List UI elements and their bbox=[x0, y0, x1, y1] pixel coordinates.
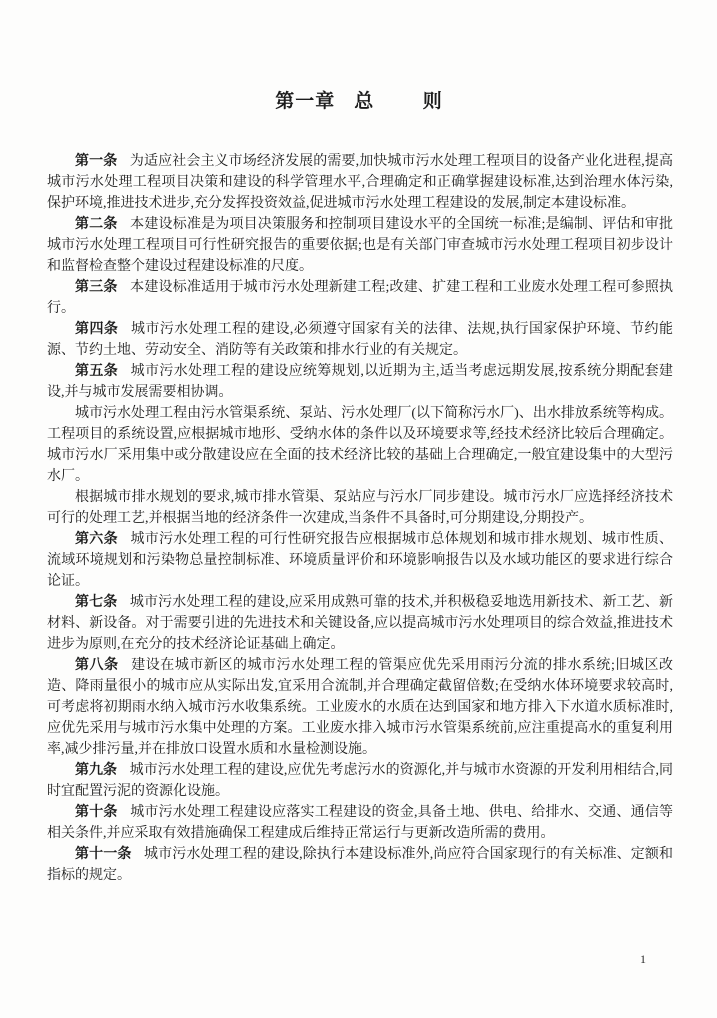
chapter-heading: 第一章总则 bbox=[0, 86, 717, 113]
chapter-title-text: 总则 bbox=[354, 91, 491, 112]
article-8-label: 第八条 bbox=[75, 658, 119, 673]
article-11-text: 城市污水处理工程的建设,除执行本建设标准外,尚应符合国家现行的有关标准、定额和指… bbox=[47, 847, 673, 883]
article-3-paragraph: 第三条本建设标准适用于城市污水处理新建工程;改建、扩建工程和工业废水处理工程可参… bbox=[47, 277, 673, 319]
article-7-text: 城市污水处理工程的建设,应采用成熟可靠的技术,并积极稳妥地选用新技术、新工艺、新… bbox=[47, 595, 673, 652]
article-5-text: 城市污水处理工程的建设应统筹规划,以近期为主,适当考虑远期发展,按系统分期配套建… bbox=[47, 364, 673, 400]
page-number: 1 bbox=[640, 952, 646, 967]
article-6-label: 第六条 bbox=[75, 532, 118, 547]
article-10-text: 城市污水处理工程建设应落实工程建设的资金,具备土地、供电、给排水、交通、通信等相… bbox=[47, 805, 673, 841]
article-10-paragraph: 第十条城市污水处理工程建设应落实工程建设的资金,具备土地、供电、给排水、交通、通… bbox=[47, 802, 673, 844]
article-5-continuation-2-text: 根据城市排水规划的要求,城市排水管渠、泵站应与污水厂同步建设。城市污水厂应选择经… bbox=[47, 490, 673, 526]
article-6-text: 城市污水处理工程的可行性研究报告应根据城市总体规划和城市排水规划、城市性质、流域… bbox=[47, 532, 673, 589]
article-9-paragraph: 第九条城市污水处理工程的建设,应优先考虑污水的资源化,并与城市水资源的开发利用相… bbox=[47, 760, 673, 802]
article-7-label: 第七条 bbox=[75, 595, 117, 610]
article-11-paragraph: 第十一条城市污水处理工程的建设,除执行本建设标准外,尚应符合国家现行的有关标准、… bbox=[47, 844, 673, 886]
article-4-label: 第四条 bbox=[75, 322, 118, 337]
article-3-text: 本建设标准适用于城市污水处理新建工程;改建、扩建工程和工业废水处理工程可参照执行… bbox=[47, 280, 673, 316]
article-5-label: 第五条 bbox=[75, 364, 118, 379]
article-8-text: 建设在城市新区的城市污水处理工程的管渠应优先采用雨污分流的排水系统;旧城区改造、… bbox=[47, 658, 673, 757]
article-1-text: 为适应社会主义市场经济发展的需要,加快城市污水处理工程项目的设备产业化进程,提高… bbox=[47, 154, 673, 211]
article-10-label: 第十条 bbox=[75, 805, 118, 820]
article-5-paragraph: 第五条城市污水处理工程的建设应统筹规划,以近期为主,适当考虑远期发展,按系统分期… bbox=[47, 361, 673, 403]
document-body: 第一条为适应社会主义市场经济发展的需要,加快城市污水处理工程项目的设备产业化进程… bbox=[47, 151, 673, 886]
article-6-paragraph: 第六条城市污水处理工程的可行性研究报告应根据城市总体规划和城市排水规划、城市性质… bbox=[47, 529, 673, 592]
article-1-label: 第一条 bbox=[75, 154, 117, 169]
article-11-label: 第十一条 bbox=[75, 847, 131, 862]
article-9-text: 城市污水处理工程的建设,应优先考虑污水的资源化,并与城市水资源的开发利用相结合,… bbox=[47, 763, 673, 799]
article-5-continuation-1: 城市污水处理工程由污水管渠系统、泵站、污水处理厂(以下简称污水厂)、出水排放系统… bbox=[47, 403, 673, 487]
document-page: 第一章总则 第一条为适应社会主义市场经济发展的需要,加快城市污水处理工程项目的设… bbox=[0, 0, 717, 1018]
article-5-continuation-2: 根据城市排水规划的要求,城市排水管渠、泵站应与污水厂同步建设。城市污水厂应选择经… bbox=[47, 487, 673, 529]
article-5-continuation-1-text: 城市污水处理工程由污水管渠系统、泵站、污水处理厂(以下简称污水厂)、出水排放系统… bbox=[47, 406, 673, 484]
article-4-text: 城市污水处理工程的建设,必须遵守国家有关的法律、法规,执行国家保护环境、节约能源… bbox=[47, 322, 673, 358]
article-2-paragraph: 第二条本建设标准是为项目决策服务和控制项目建设水平的全国统一标准;是编制、评估和… bbox=[47, 214, 673, 277]
article-9-label: 第九条 bbox=[75, 763, 117, 778]
article-3-label: 第三条 bbox=[75, 280, 118, 295]
article-1-paragraph: 第一条为适应社会主义市场经济发展的需要,加快城市污水处理工程项目的设备产业化进程… bbox=[47, 151, 673, 214]
article-8-paragraph: 第八条建设在城市新区的城市污水处理工程的管渠应优先采用雨污分流的排水系统;旧城区… bbox=[47, 655, 673, 760]
article-2-text: 本建设标准是为项目决策服务和控制项目建设水平的全国统一标准;是编制、评估和审批城… bbox=[47, 217, 673, 274]
chapter-number-label: 第一章 bbox=[275, 91, 335, 112]
article-4-paragraph: 第四条城市污水处理工程的建设,必须遵守国家有关的法律、法规,执行国家保护环境、节… bbox=[47, 319, 673, 361]
article-7-paragraph: 第七条城市污水处理工程的建设,应采用成熟可靠的技术,并积极稳妥地选用新技术、新工… bbox=[47, 592, 673, 655]
article-2-label: 第二条 bbox=[75, 217, 118, 232]
